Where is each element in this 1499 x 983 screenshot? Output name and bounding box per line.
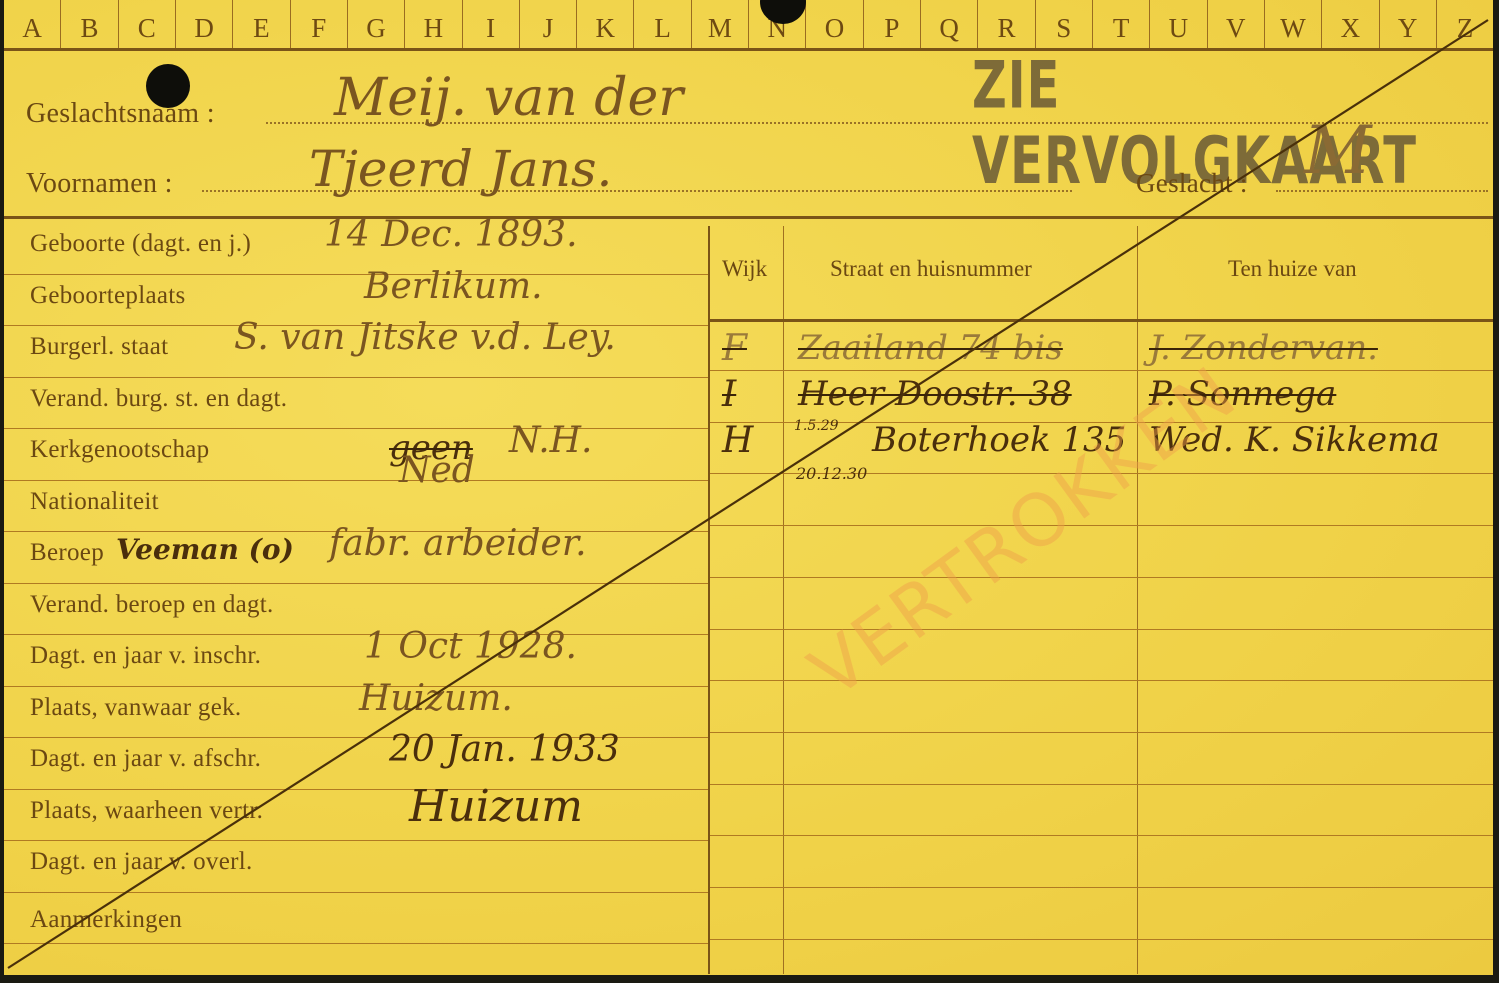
firstnames-label: Voornamen :	[26, 168, 173, 200]
address-start-date: 1.5.29	[794, 418, 839, 434]
field-label: Geboorteplaats	[30, 282, 186, 310]
field-value: N.H.	[509, 420, 592, 461]
field-row-line	[4, 943, 708, 944]
field-label: Nationaliteit	[30, 488, 159, 516]
field-label: Kerkgenootschap	[30, 436, 209, 464]
field-value: 20 Jan. 1933	[389, 729, 620, 770]
index-letter: Y	[1380, 0, 1437, 48]
at-house-of-header: Ten huize van	[1228, 256, 1357, 282]
address-row-line	[710, 732, 1493, 733]
index-letter: V	[1208, 0, 1265, 48]
field-value: fabr. arbeider.	[329, 523, 587, 564]
field-label: Geboorte (dagt. en j.)	[30, 230, 251, 258]
index-letter: Q	[921, 0, 978, 48]
index-letter: C	[119, 0, 176, 48]
address-street: Heer Doostr. 38	[798, 374, 1072, 414]
index-letter: H	[405, 0, 462, 48]
address-row-line	[710, 939, 1493, 940]
index-letter: E	[233, 0, 290, 48]
index-letter: L	[634, 0, 691, 48]
index-letter: T	[1093, 0, 1150, 48]
sex-dotted-line	[1276, 190, 1488, 192]
field-row-line	[4, 892, 708, 893]
index-letter: K	[577, 0, 634, 48]
index-letter: P	[864, 0, 921, 48]
street-column-right-border	[1137, 226, 1138, 974]
address-wijk: I	[722, 374, 736, 415]
field-value: Ned	[399, 450, 475, 491]
address-row-line	[710, 784, 1493, 785]
field-row-line	[4, 274, 708, 275]
field-row-line	[4, 686, 708, 687]
index-letter: J	[520, 0, 577, 48]
field-label: Aanmerkingen	[30, 906, 182, 934]
field-row-line	[4, 840, 708, 841]
alphabet-index-strip: ABCDEFGHIJKLMNOPQRSTUVWXYZ	[4, 0, 1493, 51]
address-wijk: H	[722, 420, 753, 461]
address-street: Zaailand 74 bis	[798, 328, 1063, 368]
index-letter: X	[1322, 0, 1379, 48]
field-label: Dagt. en jaar v. inschr.	[30, 642, 261, 670]
field-row-line	[4, 480, 708, 481]
population-register-card: ABCDEFGHIJKLMNOPQRSTUVWXYZ ZIE VERVOLGKA…	[4, 0, 1493, 975]
street-header: Straat en huisnummer	[830, 256, 1032, 282]
wijk-column-right-border	[783, 226, 784, 974]
index-letter: W	[1265, 0, 1322, 48]
surname-label: Geslachtsnaam :	[26, 98, 215, 130]
address-end-date: 20.12.30	[796, 464, 867, 483]
address-wijk: F	[722, 328, 747, 369]
field-label: Burgerl. staat	[30, 333, 168, 361]
index-letter: M	[692, 0, 749, 48]
field-row-line	[4, 634, 708, 635]
wijk-header: Wijk	[722, 256, 767, 282]
index-letter: R	[978, 0, 1035, 48]
address-row-line	[710, 577, 1493, 578]
index-letter: F	[291, 0, 348, 48]
address-row-line	[710, 835, 1493, 836]
sex-value: M	[1304, 112, 1372, 189]
index-letter: Z	[1437, 0, 1493, 48]
wijk-column-left-border	[708, 226, 710, 974]
field-value: 1 Oct 1928.	[364, 626, 577, 667]
field-label: Verand. beroep en dagt.	[30, 591, 274, 619]
index-letter: A	[4, 0, 61, 48]
address-row-line	[710, 887, 1493, 888]
field-row-line	[4, 377, 708, 378]
index-letter: D	[176, 0, 233, 48]
index-letter: O	[806, 0, 863, 48]
field-value: 14 Dec. 1893.	[324, 214, 578, 255]
field-label: Plaats, waarheen vertr.	[30, 797, 263, 825]
address-row-line	[710, 370, 1493, 371]
field-label: Dagt. en jaar v. afschr.	[30, 745, 261, 773]
address-header-divider	[710, 319, 1493, 322]
index-letter: G	[348, 0, 405, 48]
field-row-line	[4, 428, 708, 429]
field-label: Dagt. en jaar v. overl.	[30, 848, 253, 876]
field-label: Verand. burg. st. en dagt.	[30, 385, 287, 413]
index-letter: I	[463, 0, 520, 48]
field-value: Berlikum.	[364, 266, 543, 307]
field-row-line	[4, 583, 708, 584]
field-label: Plaats, vanwaar gek.	[30, 694, 241, 722]
surname-value: Meij. van der	[334, 68, 683, 128]
field-row-line	[4, 789, 708, 790]
index-letter: U	[1150, 0, 1207, 48]
index-letter: B	[61, 0, 118, 48]
field-value: S. van Jitske v.d. Ley.	[234, 317, 616, 358]
header-divider	[4, 216, 1493, 219]
firstnames-value: Tjeerd Jans.	[309, 140, 612, 198]
index-letter: S	[1036, 0, 1093, 48]
sex-label: Geslacht :	[1136, 168, 1248, 199]
field-value: Huizum	[409, 781, 583, 832]
field-label: Beroep	[30, 539, 104, 567]
field-value: Huizum.	[359, 678, 513, 719]
occupation-prefix: Veeman (o)	[116, 533, 294, 566]
